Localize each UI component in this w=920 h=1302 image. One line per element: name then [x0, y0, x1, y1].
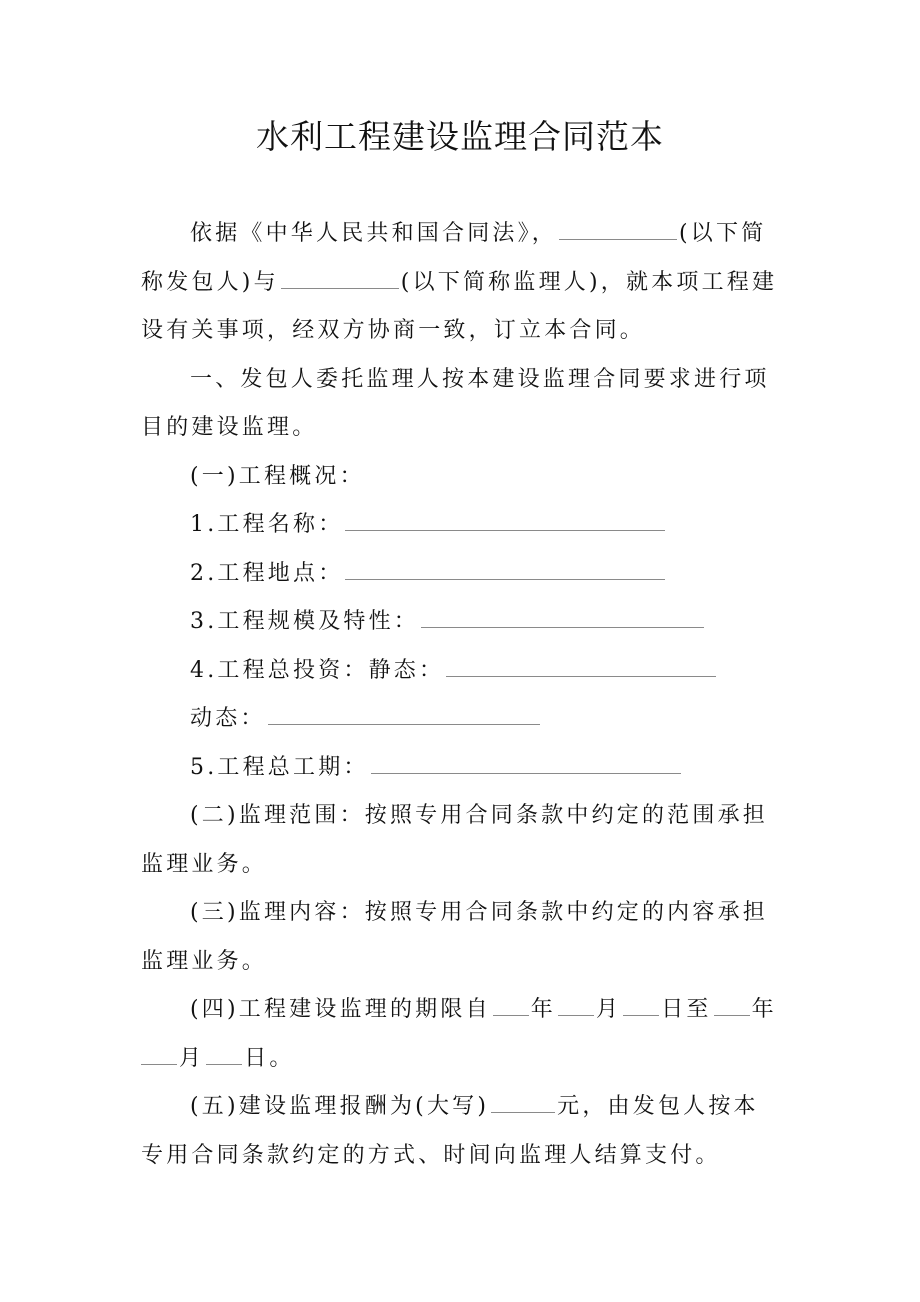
- project-scale-row: 3.工程规模及特性：: [141, 598, 773, 647]
- scope-line-1: (二)监理范围：按照专用合同条款中约定的范围承担: [141, 792, 773, 841]
- project-name-blank[interactable]: [345, 504, 665, 531]
- fee-line-2: 专用合同条款约定的方式、时间向监理人结算支付。: [141, 1132, 773, 1181]
- document-page: 水利工程建设监理合同范本 依据《中华人民共和国合同法》，(以下简 称发包人)与(…: [0, 0, 920, 1302]
- project-scale-blank[interactable]: [421, 601, 704, 628]
- preamble-line-2: 称发包人)与(以下简称监理人)，就本项工程建: [141, 259, 773, 308]
- project-period-label: 5.工程总工期：: [190, 755, 369, 780]
- end-month-blank[interactable]: [141, 1038, 177, 1065]
- fee-amount-blank[interactable]: [491, 1086, 555, 1113]
- project-name-label: 1.工程名称：: [190, 512, 343, 537]
- fee-line-1: (五)建设监理报酬为(大写)元，由发包人按本: [141, 1083, 773, 1132]
- year-label: 年: [752, 997, 777, 1022]
- preamble-line-1: 依据《中华人民共和国合同法》，(以下简: [141, 210, 773, 259]
- investment-static-label: 4.工程总投资：静态：: [190, 658, 444, 683]
- supervisor-name-blank[interactable]: [281, 262, 399, 289]
- project-location-blank[interactable]: [345, 553, 665, 580]
- start-day-blank[interactable]: [623, 989, 659, 1016]
- scope-line-2: 监理业务。: [141, 841, 773, 890]
- start-year-blank[interactable]: [493, 989, 529, 1016]
- project-period-row: 5.工程总工期：: [141, 744, 773, 793]
- period-prefix: (四)工程建设监理的期限自: [190, 997, 491, 1022]
- month-label: 月: [596, 997, 621, 1022]
- project-scale-label: 3.工程规模及特性：: [190, 609, 419, 634]
- project-location-label: 2.工程地点：: [190, 561, 343, 586]
- preamble-text: 依据《中华人民共和国合同法》，: [190, 221, 557, 246]
- investment-static-row: 4.工程总投资：静态：: [141, 647, 773, 696]
- document-body: 依据《中华人民共和国合同法》，(以下简 称发包人)与(以下简称监理人)，就本项工…: [141, 210, 773, 1180]
- preamble-line-3: 设有关事项，经双方协商一致，订立本合同。: [141, 307, 773, 356]
- month-label: 月: [179, 1046, 204, 1071]
- preamble-text: 称发包人)与: [141, 270, 279, 295]
- content-line-2: 监理业务。: [141, 938, 773, 987]
- preamble-text: (以下简称监理人)，就本项工程建: [401, 270, 777, 295]
- project-location-row: 2.工程地点：: [141, 550, 773, 599]
- investment-dynamic-row: 动态：: [141, 695, 773, 744]
- clause-1-line-1: 一、发包人委托监理人按本建设监理合同要求进行项: [141, 356, 773, 405]
- fee-prefix: (五)建设监理报酬为(大写): [190, 1094, 489, 1119]
- end-day-blank[interactable]: [206, 1038, 242, 1065]
- clause-1-line-2: 目的建设监理。: [141, 404, 773, 453]
- day-to-label: 日至: [661, 997, 711, 1022]
- start-month-blank[interactable]: [558, 989, 594, 1016]
- project-period-blank[interactable]: [371, 747, 681, 774]
- project-name-row: 1.工程名称：: [141, 501, 773, 550]
- end-year-blank[interactable]: [714, 989, 750, 1016]
- day-end-label: 日。: [244, 1046, 294, 1071]
- period-line-2: 月日。: [141, 1035, 773, 1084]
- content-line-1: (三)监理内容：按照专用合同条款中约定的内容承担: [141, 889, 773, 938]
- preamble-text: (以下简: [679, 221, 766, 246]
- document-title: 水利工程建设监理合同范本: [0, 112, 920, 162]
- investment-static-blank[interactable]: [446, 650, 716, 677]
- period-line-1: (四)工程建设监理的期限自年月日至年: [141, 986, 773, 1035]
- employer-name-blank[interactable]: [559, 213, 677, 240]
- fee-suffix: 元，由发包人按本: [557, 1094, 759, 1119]
- year-label: 年: [531, 997, 556, 1022]
- overview-heading: (一)工程概况：: [141, 453, 773, 502]
- investment-dynamic-blank[interactable]: [268, 698, 540, 725]
- investment-dynamic-label: 动态：: [190, 706, 266, 731]
